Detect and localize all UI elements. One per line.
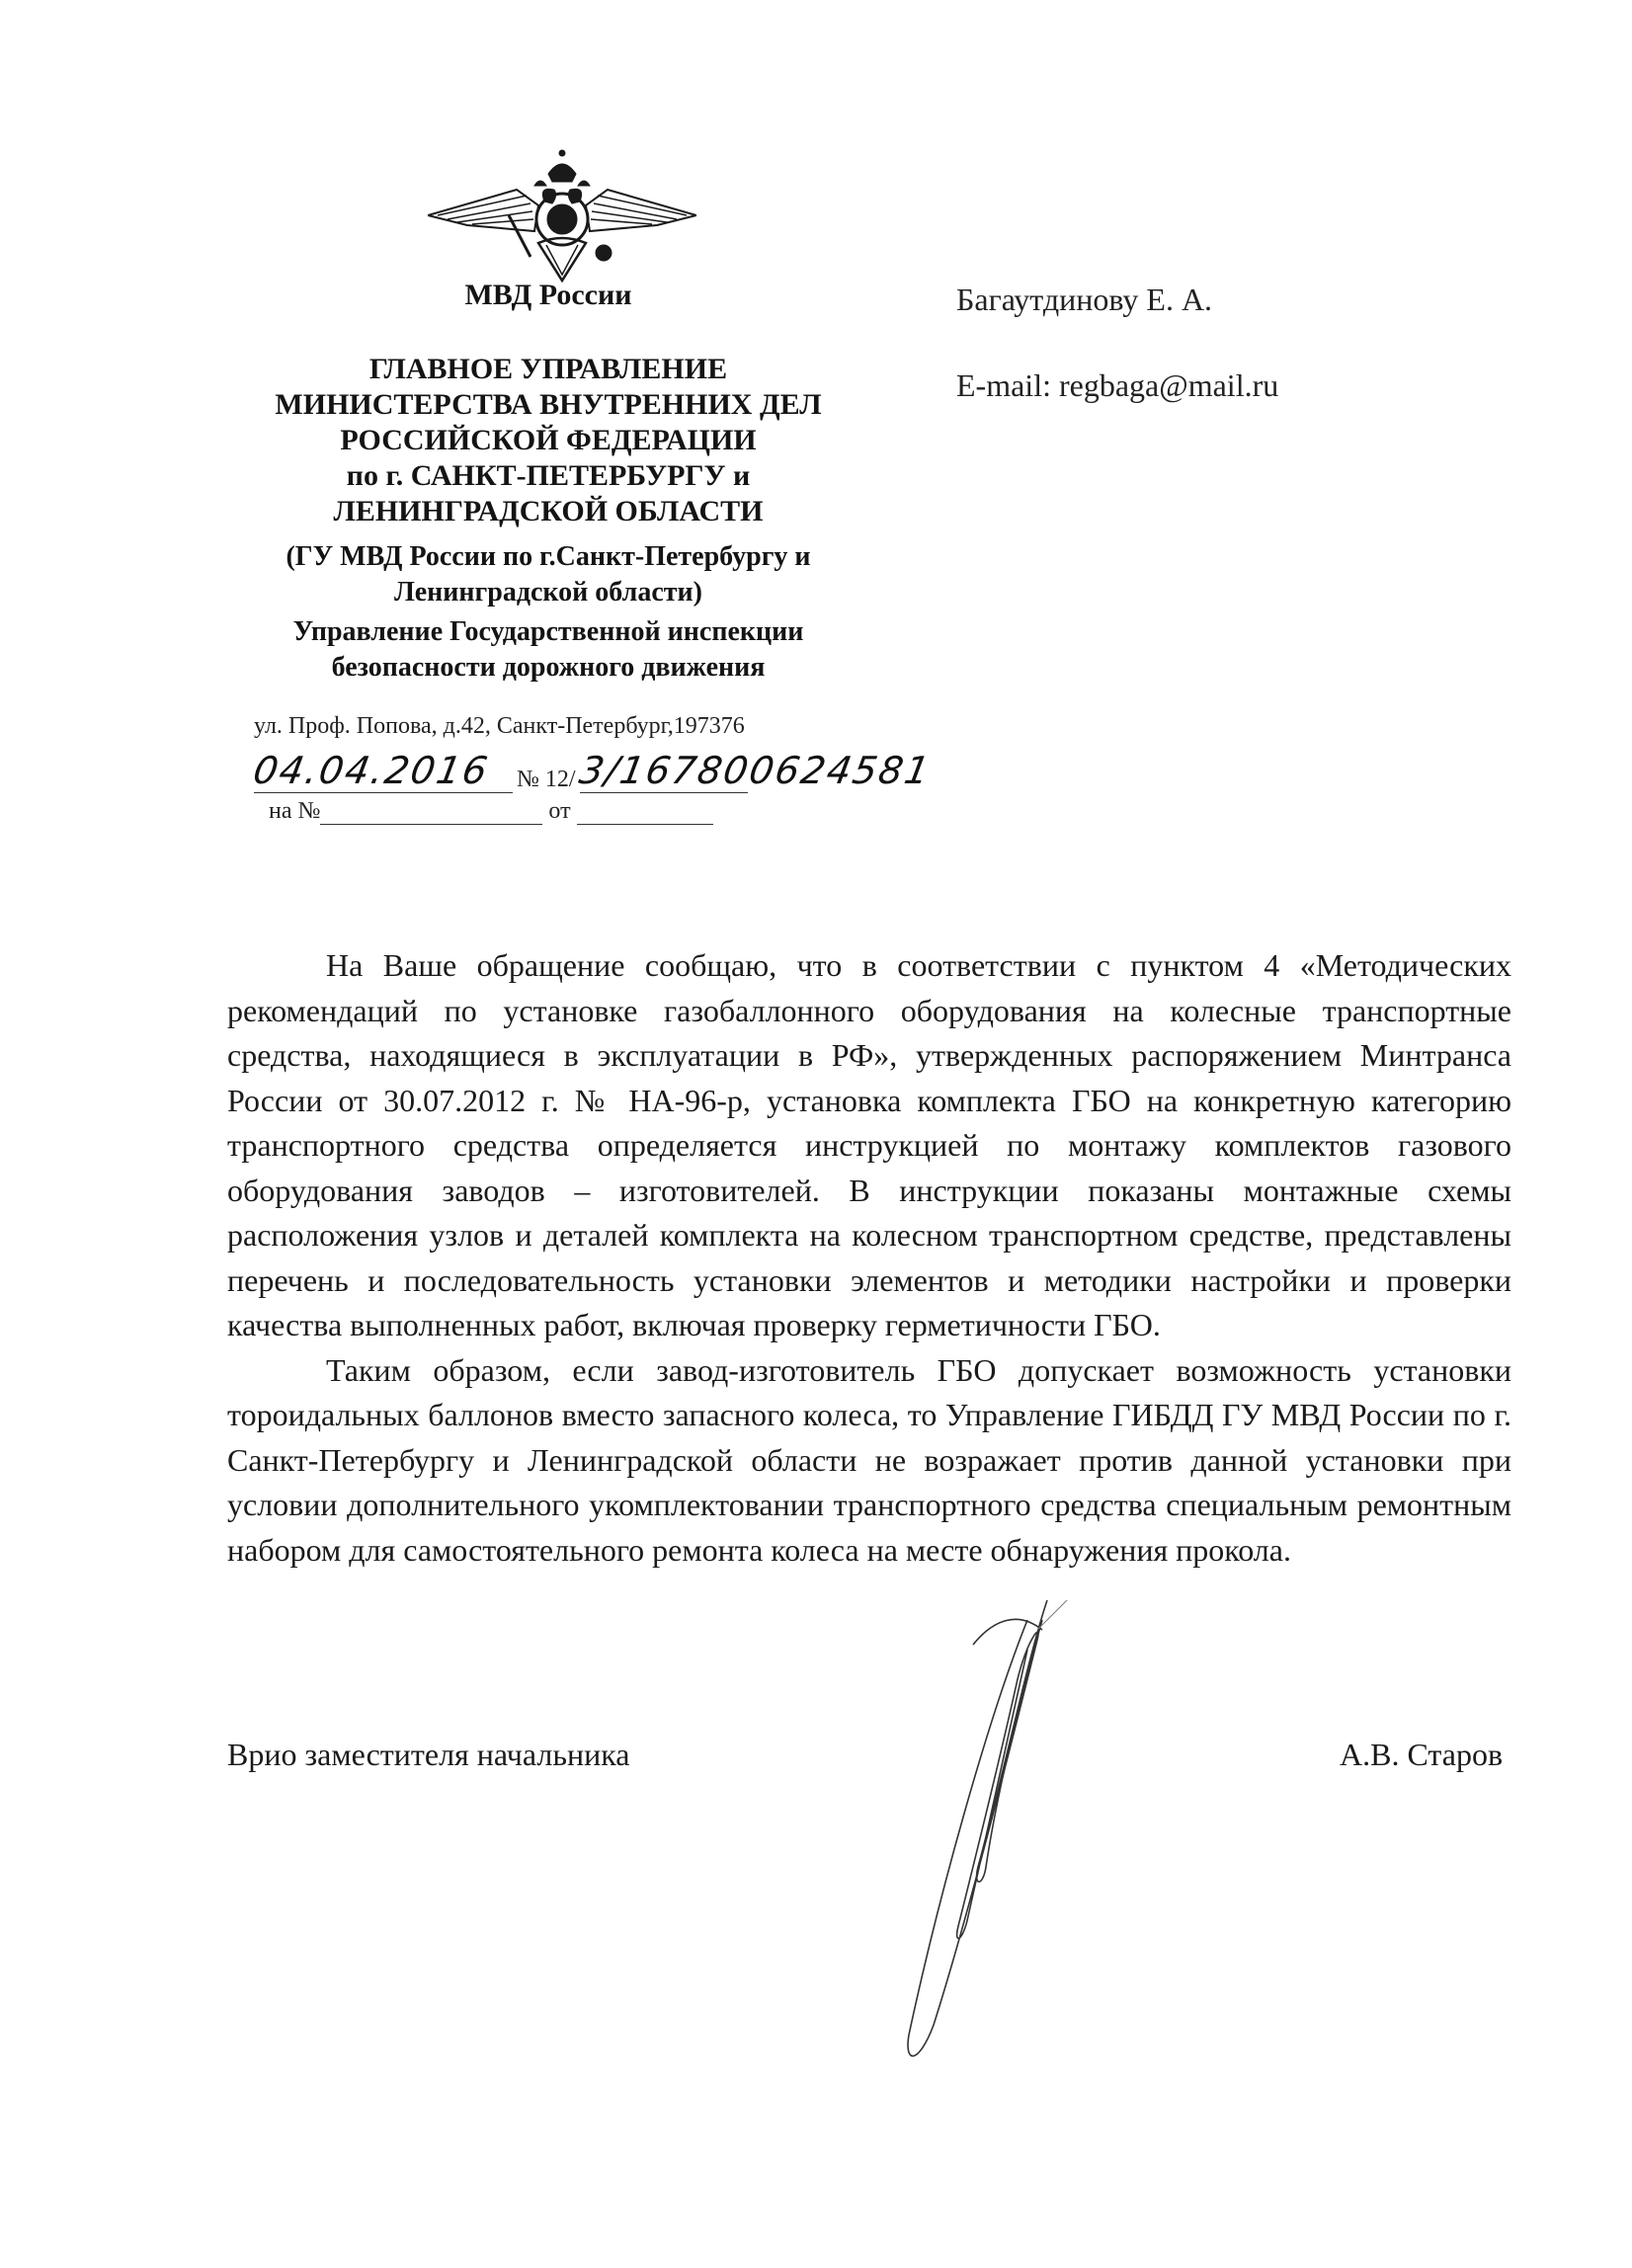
- org-line: по г. САНКТ-ПЕТЕРБУРГУ и: [247, 458, 850, 494]
- department-name: Управление Государственной инспекции без…: [247, 614, 850, 686]
- org-short-line: (ГУ МВД России по г.Санкт-Петербургу и: [247, 539, 850, 575]
- outgoing-number-label: № 12/: [517, 767, 576, 792]
- signatory-position: Врио заместителя начальника: [227, 1737, 629, 1773]
- mvd-emblem-icon: [428, 146, 696, 284]
- reference-line: на № от: [269, 798, 713, 825]
- handwritten-signature-icon: [879, 1600, 1136, 2094]
- outgoing-date-field: 04.04.2016: [254, 749, 513, 793]
- ministry-name: МВД России: [247, 279, 850, 312]
- recipient-name: Багаутдинову Е. А.: [956, 282, 1212, 318]
- org-line: ГЛАВНОЕ УПРАВЛЕНИЕ: [247, 352, 850, 387]
- reference-date-label: от: [548, 798, 570, 824]
- signatory-name: А.В. Старов: [1340, 1737, 1503, 1773]
- outgoing-date: 04.04.2016: [250, 749, 492, 792]
- body-paragraph: Таким образом, если завод-изготовитель Г…: [227, 1348, 1511, 1574]
- organization-name: ГЛАВНОЕ УПРАВЛЕНИЕ МИНИСТЕРСТВА ВНУТРЕНН…: [247, 352, 850, 529]
- org-short-line: Ленинградской области): [247, 575, 850, 610]
- outgoing-registration: 04.04.2016 № 12/ 3/167800624581: [254, 749, 1044, 792]
- reference-date-blank: [577, 802, 713, 825]
- org-line: МИНИСТЕРСТВА ВНУТРЕННИХ ДЕЛ: [247, 387, 850, 423]
- department-line: безопасности дорожного движения: [247, 650, 850, 686]
- address: ул. Проф. Попова, д.42, Санкт-Петербург,…: [254, 713, 745, 740]
- reference-number-blank: [320, 802, 542, 825]
- recipient-email: E-mail: regbaga@mail.ru: [956, 367, 1278, 404]
- organization-short-name: (ГУ МВД России по г.Санкт-Петербургу и Л…: [247, 539, 850, 610]
- reference-number-label: на №: [269, 798, 320, 824]
- org-line: ЛЕНИНГРАДСКОЙ ОБЛАСТИ: [247, 494, 850, 529]
- body-paragraph: На Ваше обращение сообщаю, что в соответ…: [227, 943, 1511, 1348]
- outgoing-number-field: 3/167800624581: [580, 749, 748, 793]
- department-line: Управление Государственной инспекции: [247, 614, 850, 650]
- org-line: РОССИЙСКОЙ ФЕДЕРАЦИИ: [247, 423, 850, 458]
- outgoing-number: 3/167800624581: [576, 749, 935, 792]
- letter-body: На Ваше обращение сообщаю, что в соответ…: [227, 943, 1511, 1573]
